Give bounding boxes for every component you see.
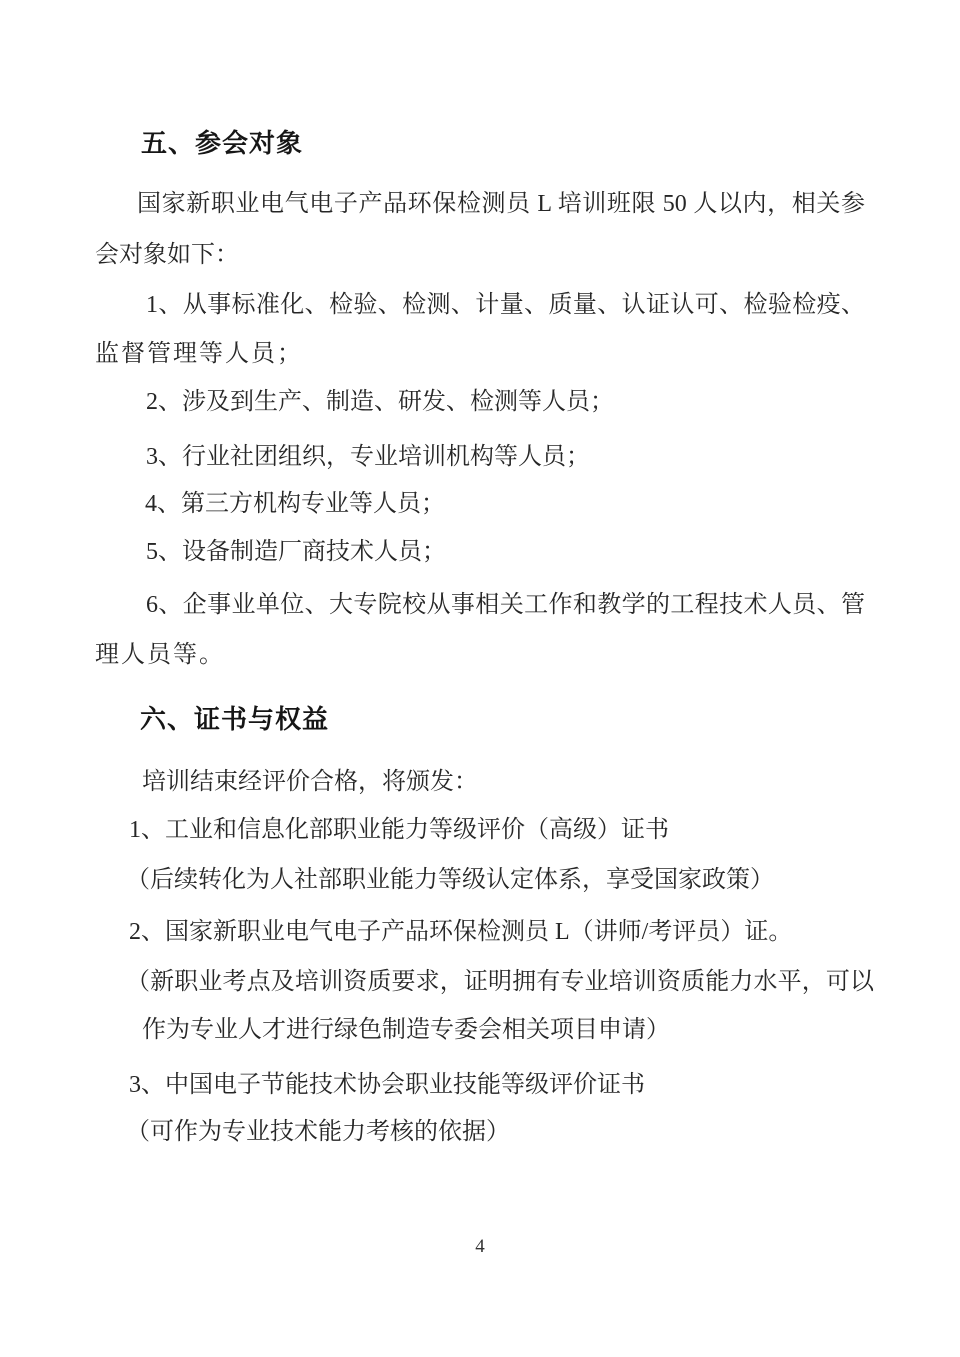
section-five-item-6-line-1: 6、企事业单位、大专院校从事相关工作和教学的工程技术人员、管 (146, 589, 865, 621)
section-five-item-2: 2、涉及到生产、制造、研发、检测等人员； (146, 386, 614, 418)
page-number: 4 (0, 1234, 960, 1260)
certificate-1: 1、工业和信息化部职业能力等级评价（高级）证书 (129, 814, 669, 846)
section-five-item-6-line-2: 理人员等。 (95, 639, 225, 671)
section-five-item-1-line-1: 1、从事标准化、检验、检测、计量、质量、认证认可、检验检疫、 (146, 289, 865, 321)
section-six-intro: 培训结束经评价合格，将颁发： (142, 766, 478, 798)
section-six-heading: 六、证书与权益 (140, 703, 329, 735)
section-five-item-3: 3、行业社团组织，专业培训机构等人员； (146, 441, 590, 473)
section-five-item-5: 5、设备制造厂商技术人员； (146, 536, 446, 568)
certificate-1-note: （后续转化为人社部职业能力等级认定体系，享受国家政策） (126, 864, 774, 896)
section-five-intro-line-2: 会对象如下： (95, 239, 239, 271)
section-five-intro-line-1: 国家新职业电气电子产品环保检测员 L 培训班限 50 人以内，相关参 (137, 188, 865, 220)
certificate-2-note-line-2: 作为专业人才进行绿色制造专委会相关项目申请） (142, 1014, 670, 1046)
section-five-heading: 五、参会对象 (141, 127, 303, 159)
certificate-2: 2、国家新职业电气电子产品环保检测员 L（讲师/考评员）证。 (129, 916, 792, 948)
section-five-item-4: 4、第三方机构专业等人员； (145, 488, 445, 520)
certificate-3-note: （可作为专业技术能力考核的依据） (126, 1116, 510, 1148)
certificate-3: 3、中国电子节能技术协会职业技能等级评价证书 (129, 1069, 645, 1101)
certificate-2-note-line-1: （新职业考点及培训资质要求，证明拥有专业培训资质能力水平，可以 (126, 966, 874, 998)
section-five-item-1-line-2: 监督管理等人员； (95, 338, 303, 370)
document-page: 五、参会对象 国家新职业电气电子产品环保检测员 L 培训班限 50 人以内，相关… (0, 0, 960, 1357)
